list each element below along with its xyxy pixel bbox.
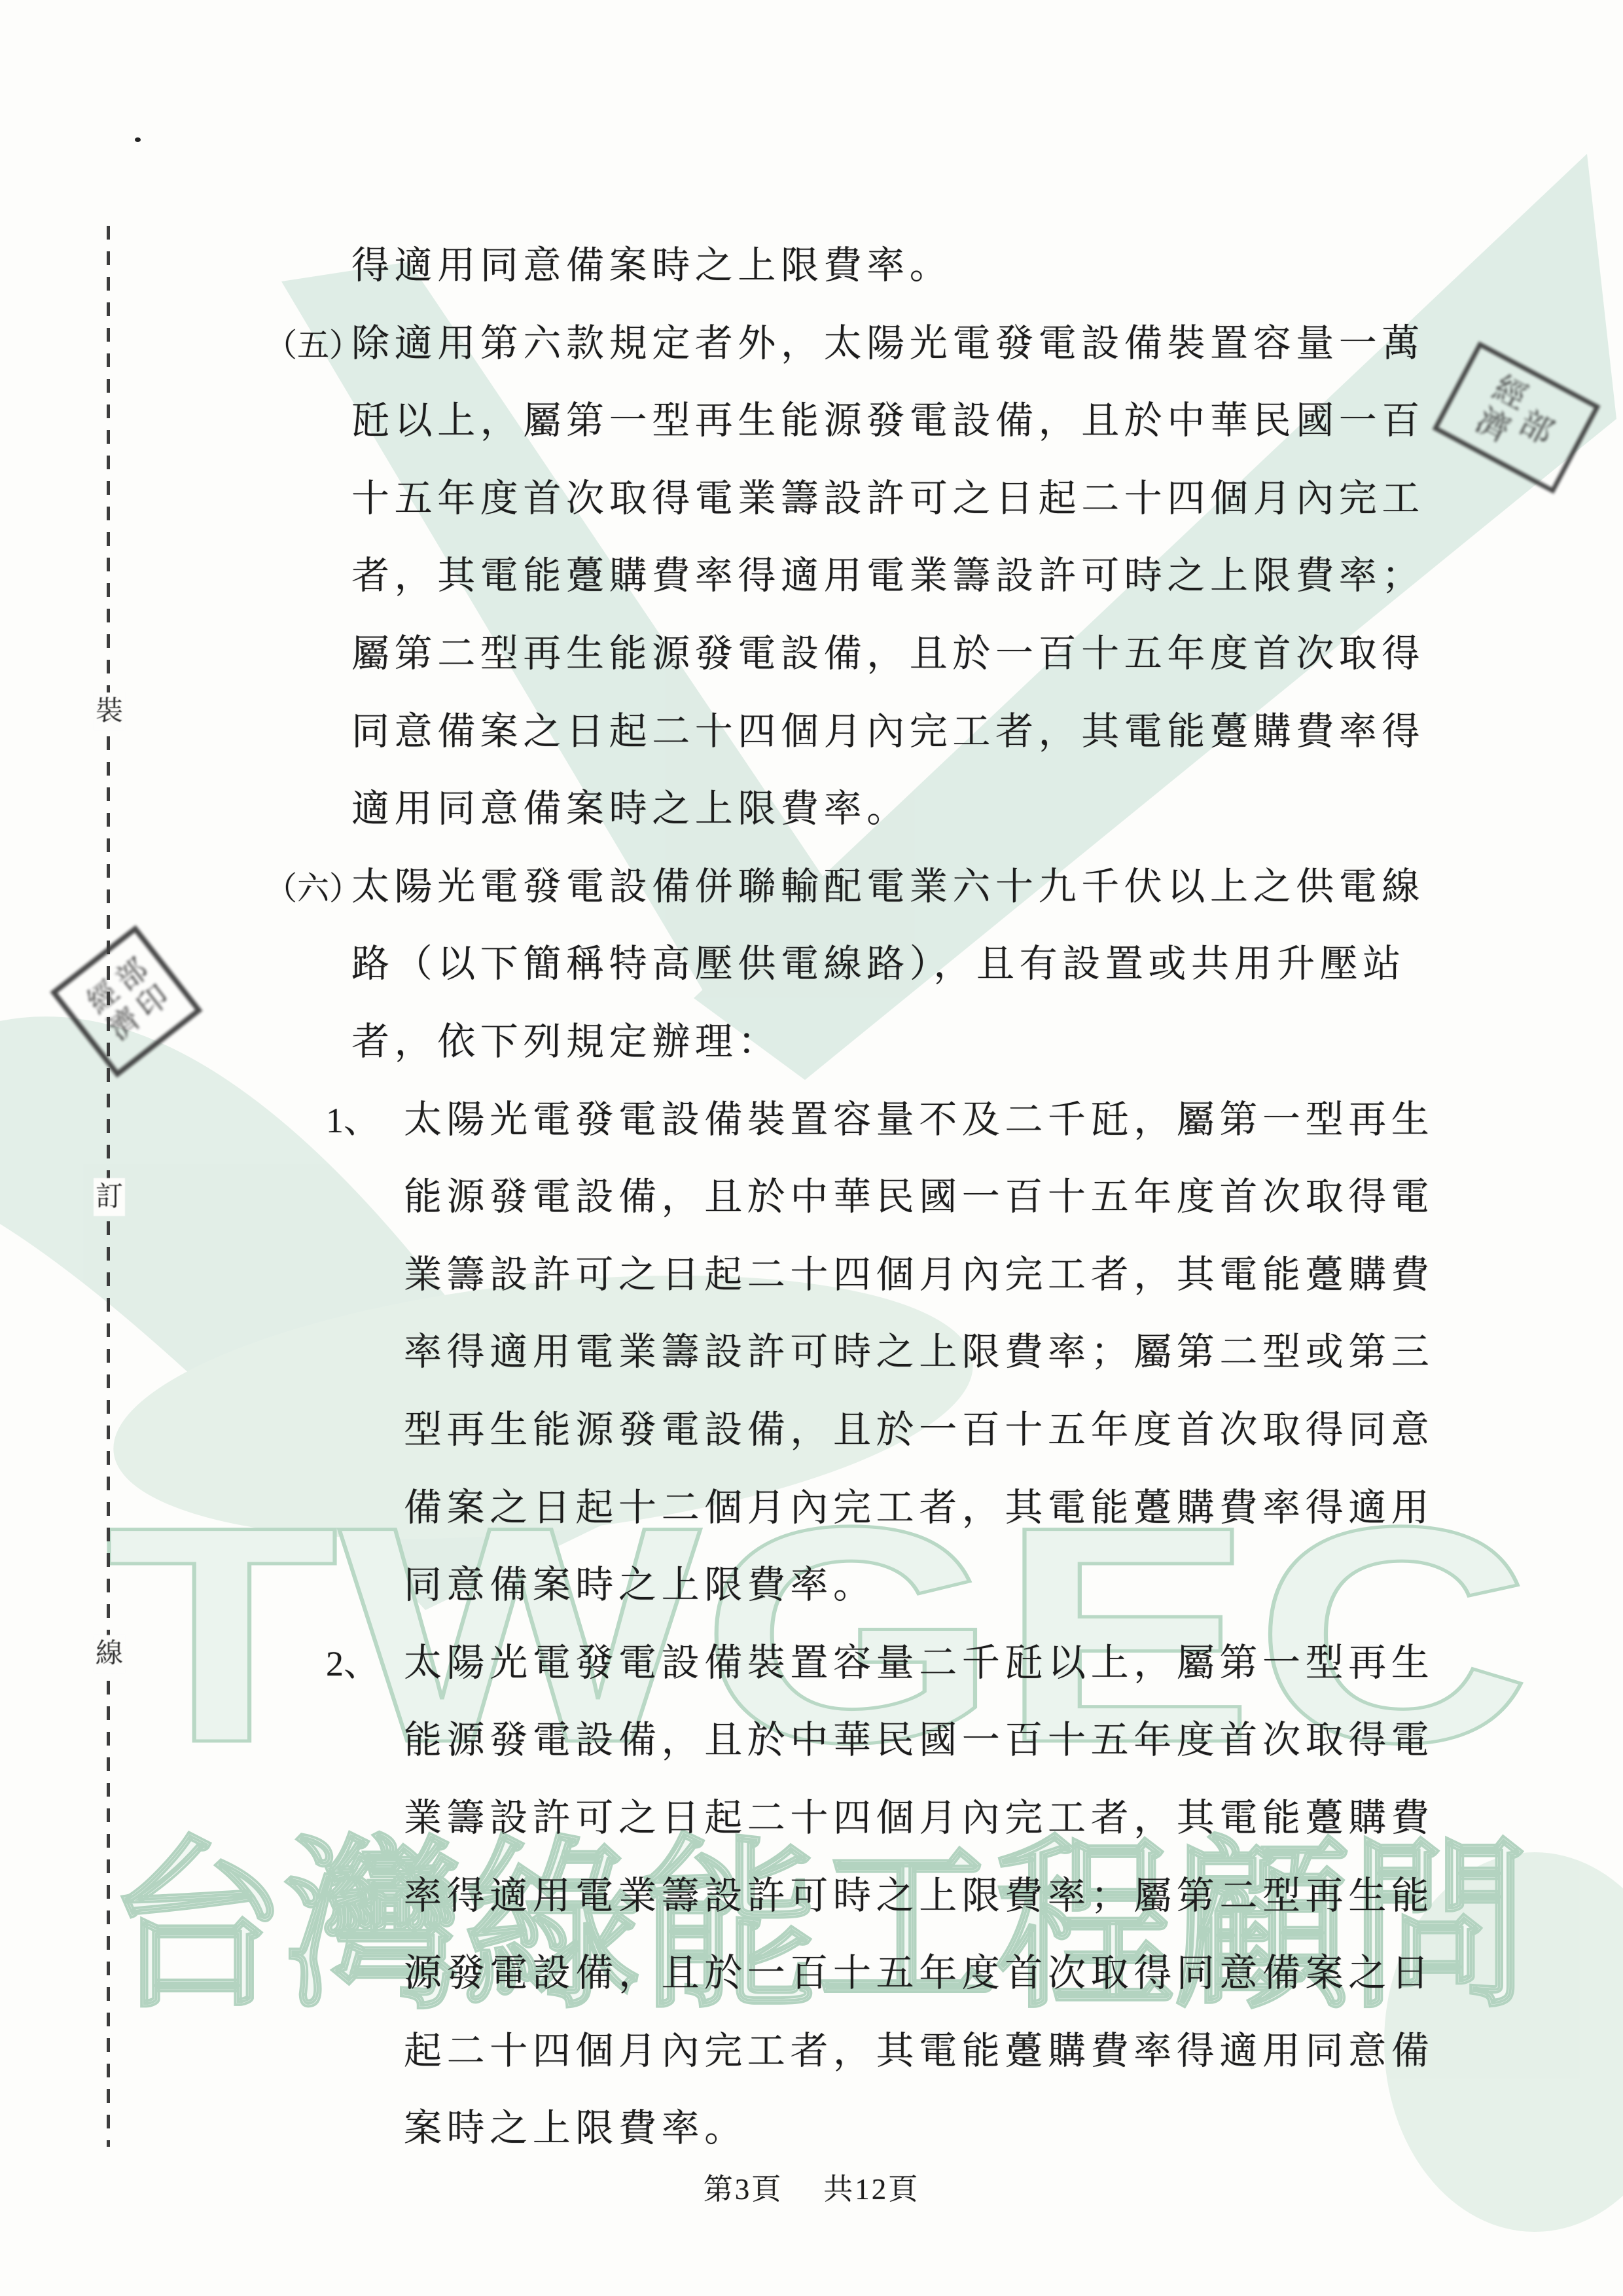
line-text: 同意備案之日起二十四個月內完工者，其電能躉購費率得 — [351, 710, 1425, 753]
scan-speck — [135, 137, 141, 142]
page-footer: 第3頁共12頁 — [0, 2165, 1623, 2208]
text-line: 型再生能源發電設備，且於一百十五年度首次取得同意 — [404, 1411, 1434, 1449]
line-text: 得適用同意備案時之上限費率。 — [351, 244, 952, 287]
text-line: 同意備案之日起二十四個月內完工者，其電能躉購費率得 — [351, 713, 1425, 751]
text-line: 能源發電設備，且於中華民國一百十五年度首次取得電 — [404, 1178, 1434, 1216]
text-line: 十五年度首次取得電業籌設許可之日起二十四個月內完工 — [351, 480, 1425, 518]
text-line: 者，依下列規定辦理： — [351, 1023, 781, 1061]
line-text: 太陽光電發電設備裝置容量二千瓩以上，屬第一型再生 — [404, 1641, 1434, 1684]
text-line: 2、太陽光電發電設備裝置容量二千瓩以上，屬第一型再生 — [326, 1644, 1434, 1682]
watermark-leaf-right-arm — [694, 154, 1616, 1080]
line-text: 者，其電能躉購費率得適用電業籌設許可時之上限費率； — [351, 554, 1425, 597]
line-text: 型再生能源發電設備，且於一百十五年度首次取得同意 — [404, 1408, 1434, 1451]
line-text: 源發電設備，且於一百十五年度首次取得同意備案之日 — [404, 1952, 1434, 1994]
scanned-document-page: TWGEC 台灣綠能工程顧問 裝訂線 經濟 部印 經濟 部 得適用同意備案時之上… — [0, 0, 1623, 2296]
text-line: 業籌設許可之日起二十四個月內完工者，其電能躉購費 — [404, 1256, 1434, 1294]
text-line: 率得適用電業籌設許可時之上限費率；屬第二型再生能 — [404, 1877, 1434, 1915]
line-text: 能源發電設備，且於中華民國一百十五年度首次取得電 — [404, 1719, 1434, 1761]
text-line: 同意備案時之上限費率。 — [404, 1566, 876, 1604]
binding-mark-1: 裝 — [94, 692, 125, 730]
text-line: 瓩以上，屬第一型再生能源發電設備，且於中華民國一百 — [351, 402, 1425, 440]
text-line: 備案之日起十二個月內完工者，其電能躉購費率得適用 — [404, 1489, 1434, 1527]
line-text: 除適用第六款規定者外，太陽光電發電設備裝置容量一萬 — [351, 322, 1425, 365]
line-text: 者，依下列規定辦理： — [351, 1020, 781, 1063]
text-line: 率得適用電業籌設許可時之上限費率；屬第二型或第三 — [404, 1333, 1434, 1371]
text-line: 能源發電設備，且於中華民國一百十五年度首次取得電 — [404, 1721, 1434, 1759]
text-line: 業籌設許可之日起二十四個月內完工者，其電能躉購費 — [404, 1799, 1434, 1837]
line-text: 適用同意備案時之上限費率。 — [351, 787, 910, 830]
line-text: 案時之上限費率。 — [404, 2107, 747, 2149]
text-line: 適用同意備案時之上限費率。 — [351, 790, 910, 828]
line-text: 業籌設許可之日起二十四個月內完工者，其電能躉購費 — [404, 1253, 1434, 1296]
total-pages: 共12頁 — [823, 2173, 919, 2206]
line-text: 太陽光電發電設備併聯輸配電業六十九千伏以上之供電線 — [351, 865, 1425, 908]
line-text: 備案之日起十二個月內完工者，其電能躉購費率得適用 — [404, 1486, 1434, 1529]
text-line: （五）除適用第六款規定者外，太陽光電發電設備裝置容量一萬 — [265, 325, 1425, 363]
line-text: 業籌設許可之日起二十四個月內完工者，其電能躉購費 — [404, 1797, 1434, 1839]
binding-mark-3: 線 — [94, 1635, 125, 1673]
line-text: 率得適用電業籌設許可時之上限費率；屬第二型或第三 — [404, 1331, 1434, 1373]
line-text: 太陽光電發電設備裝置容量不及二千瓩，屬第一型再生 — [404, 1098, 1434, 1141]
item-number: 2、 — [326, 1646, 404, 1681]
watermark-cjk-text: 台灣綠能工程顧問 — [108, 1826, 1528, 2030]
line-text: 瓩以上，屬第一型再生能源發電設備，且於中華民國一百 — [351, 399, 1425, 442]
text-line: 屬第二型再生能源發電設備，且於一百十五年度首次取得 — [351, 635, 1425, 673]
text-line: 起二十四個月內完工者，其電能躉購費率得適用同意備 — [404, 2032, 1434, 2070]
line-text: 起二十四個月內完工者，其電能躉購費率得適用同意備 — [404, 2030, 1434, 2072]
clause-label: （六） — [265, 872, 351, 905]
binding-mark-2: 訂 — [94, 1178, 125, 1216]
line-text: 十五年度首次取得電業籌設許可之日起二十四個月內完工 — [351, 477, 1425, 520]
text-line: 源發電設備，且於一百十五年度首次取得同意備案之日 — [404, 1954, 1434, 1992]
text-line: （六）太陽光電發電設備併聯輸配電業六十九千伏以上之供電線 — [265, 868, 1425, 906]
text-line: 1、太陽光電發電設備裝置容量不及二千瓩，屬第一型再生 — [326, 1101, 1434, 1139]
line-text: 屬第二型再生能源發電設備，且於一百十五年度首次取得 — [351, 632, 1425, 675]
line-text: 率得適用電業籌設許可時之上限費率；屬第二型再生能 — [404, 1874, 1434, 1917]
text-line: 得適用同意備案時之上限費率。 — [351, 247, 952, 285]
text-line: 者，其電能躉購費率得適用電業籌設許可時之上限費率； — [351, 557, 1425, 595]
line-text: 能源發電設備，且於中華民國一百十五年度首次取得電 — [404, 1175, 1434, 1218]
line-text: 同意備案時之上限費率。 — [404, 1564, 876, 1606]
text-line: 路（以下簡稱特高壓供電線路），且有設置或共用升壓站 — [351, 945, 1406, 983]
text-line: 案時之上限費率。 — [404, 2109, 747, 2147]
page-number: 第3頁 — [704, 2173, 783, 2206]
item-number: 1、 — [326, 1103, 404, 1138]
clause-label: （五） — [265, 329, 351, 361]
line-text: 路（以下簡稱特高壓供電線路），且有設置或共用升壓站 — [351, 942, 1406, 985]
